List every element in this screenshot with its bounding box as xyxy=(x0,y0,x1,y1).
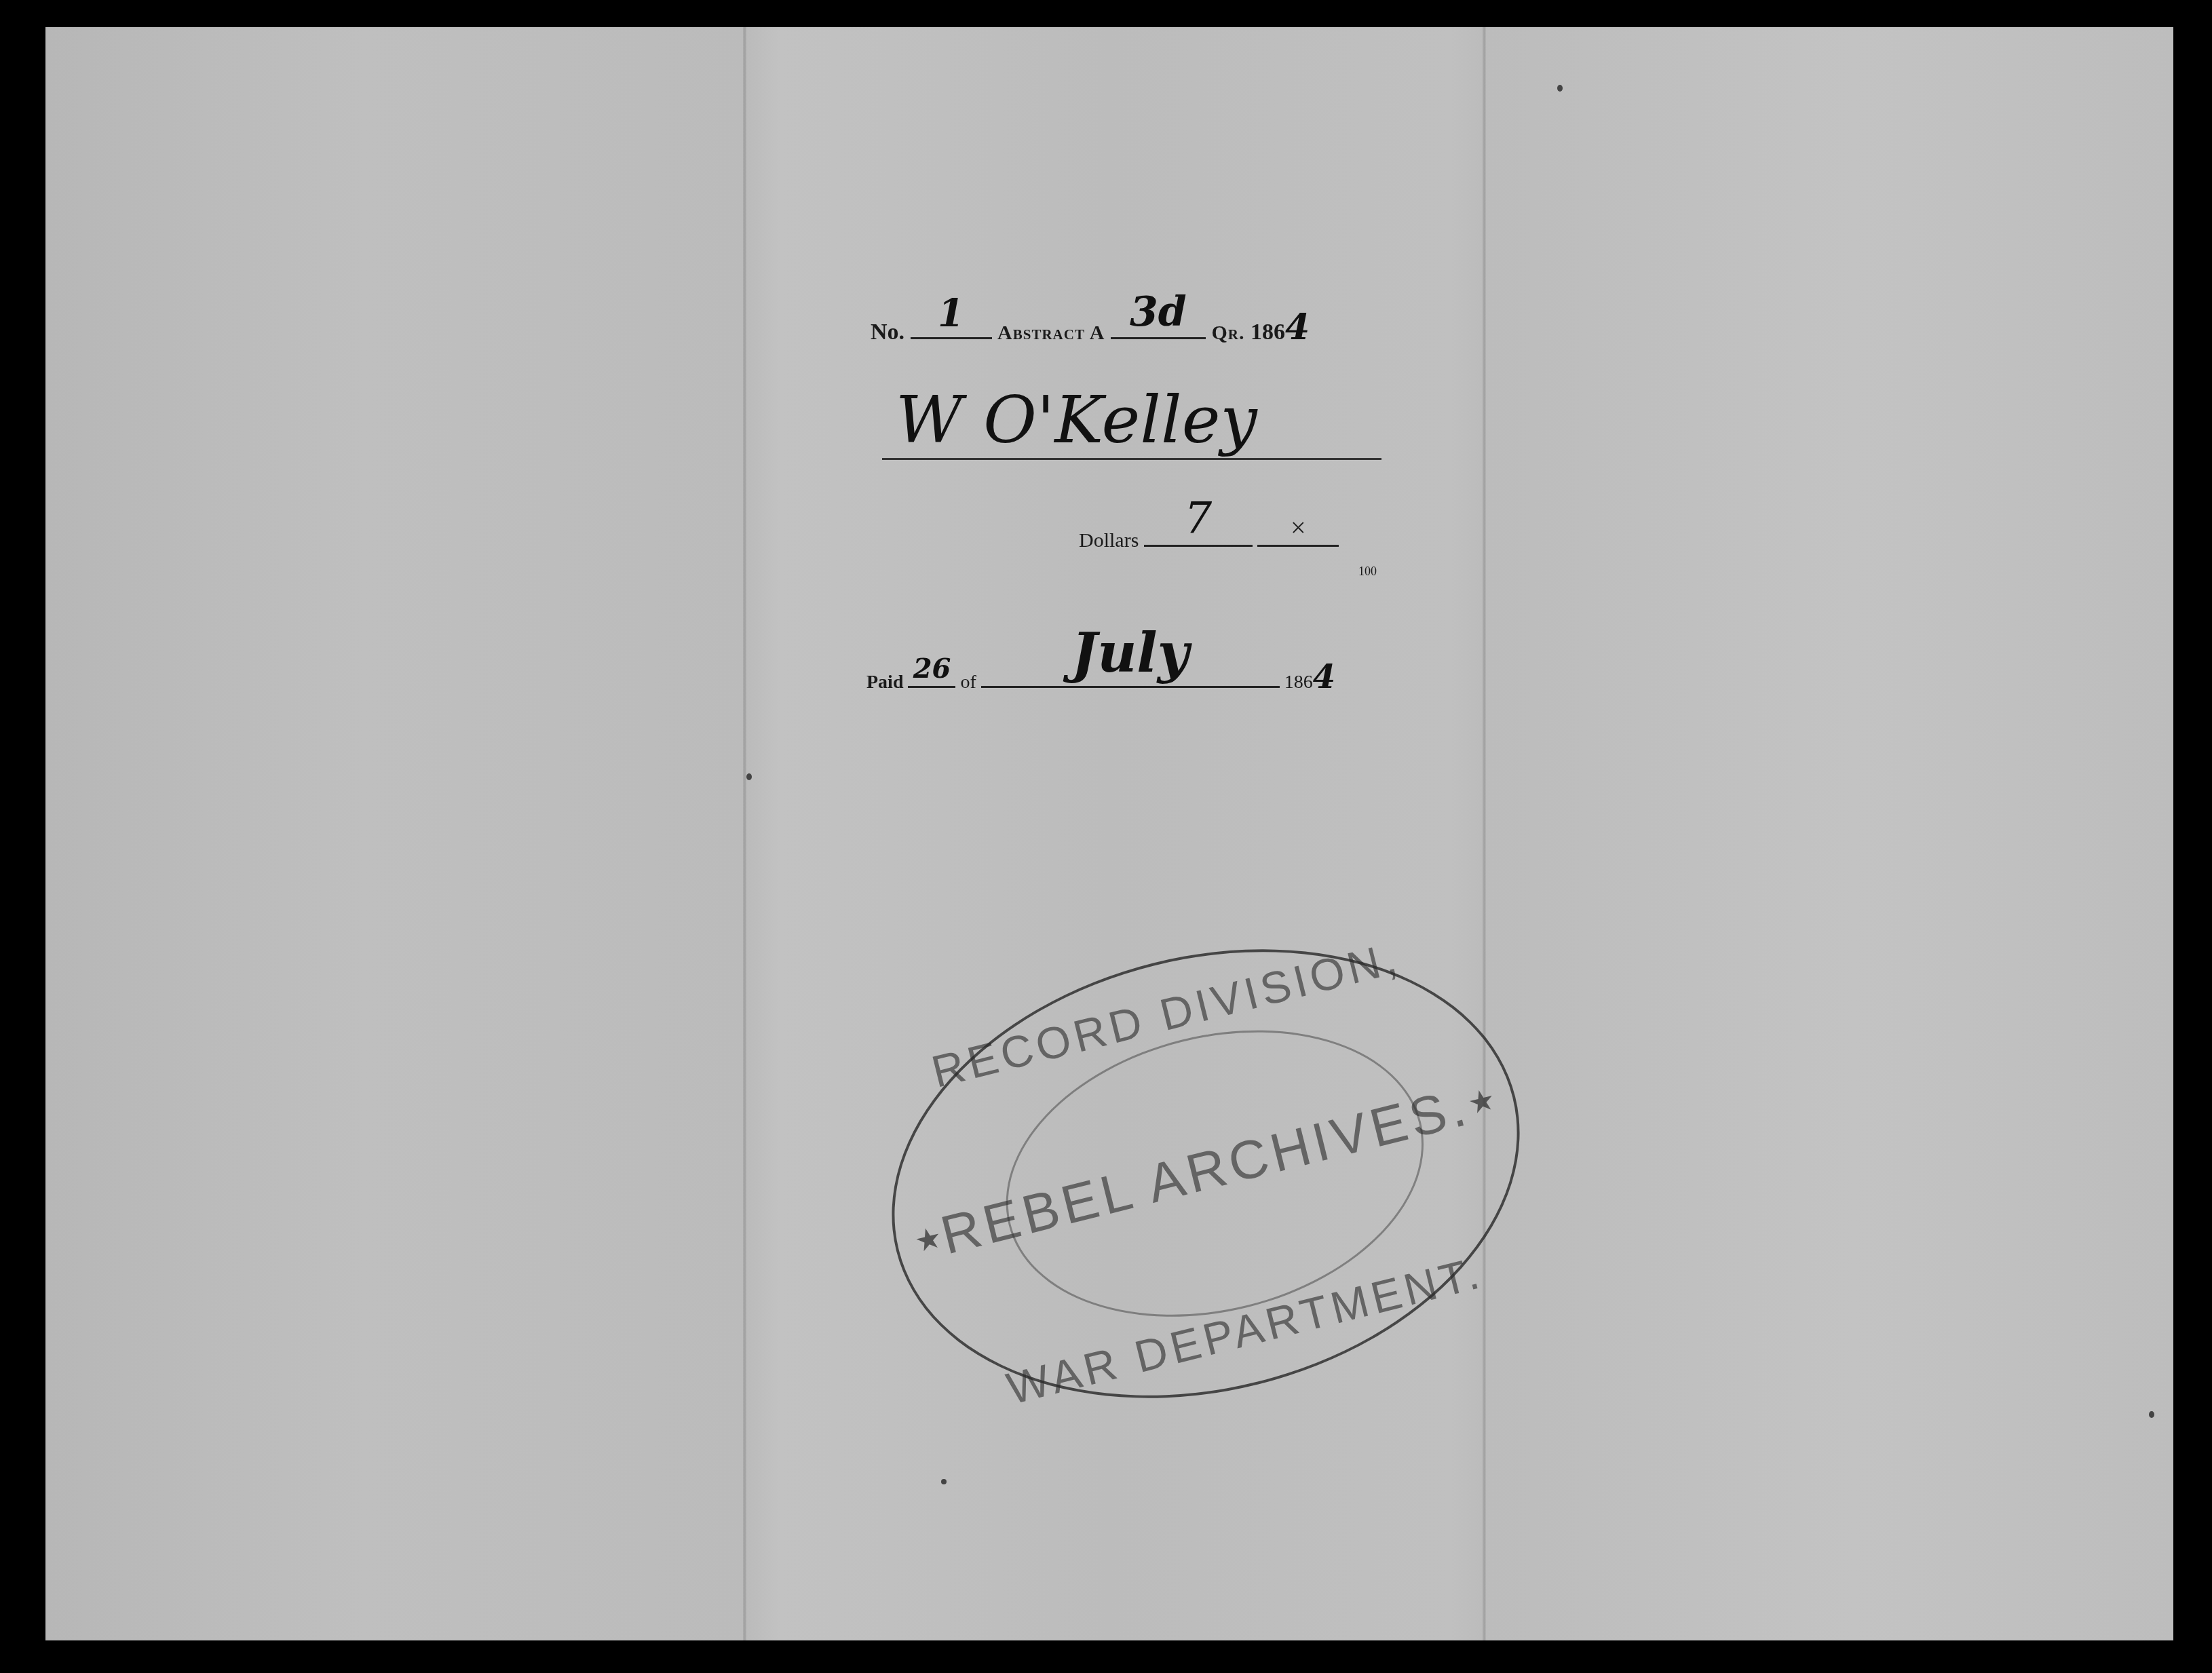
cents-field: × xyxy=(1257,545,1339,547)
fold-line-right xyxy=(1483,27,1487,1640)
amount-row: Dollars 7 × 100 xyxy=(1079,529,1339,552)
abstract-label: Abstract A xyxy=(997,322,1105,344)
cents-value: × xyxy=(1257,512,1339,543)
quarter-value: 3d xyxy=(1111,288,1206,336)
quarter-field: 3d xyxy=(1111,337,1206,339)
abstract-header: No. 1 Abstract A 3d Qr. 1864 xyxy=(871,307,1310,348)
archive-stamp: RECORD DIVISION, REBEL ARCHIVES. WAR DEP… xyxy=(844,886,1568,1461)
fold-line-left xyxy=(743,27,747,1640)
month-value: July xyxy=(981,621,1280,685)
paid-year-value: 4 xyxy=(1313,658,1335,696)
year-value: 4 xyxy=(1285,307,1310,348)
of-label: of xyxy=(960,672,976,693)
year-prefix: 186 xyxy=(1251,320,1285,345)
payee-name: W O'Kelley xyxy=(896,382,1257,458)
cents-denominator: 100 xyxy=(1358,564,1377,579)
speck xyxy=(1557,85,1563,92)
speck xyxy=(2149,1411,2154,1418)
speck xyxy=(746,773,752,780)
day-field: 26 xyxy=(908,686,955,688)
speck xyxy=(941,1479,947,1484)
no-label: No. xyxy=(871,320,904,345)
paid-row: Paid 26 of July 1864 xyxy=(866,658,1335,696)
document-paper: No. 1 Abstract A 3d Qr. 1864 W O'Kelley … xyxy=(45,27,2173,1640)
dollars-field: 7 xyxy=(1144,545,1253,547)
payee-line: W O'Kelley xyxy=(882,397,1381,460)
no-value: 1 xyxy=(911,291,992,336)
quarter-label: Qr. xyxy=(1211,322,1244,344)
day-value: 26 xyxy=(908,653,955,685)
paid-year-prefix: 186 xyxy=(1284,672,1313,693)
no-field: 1 xyxy=(911,337,992,339)
dollars-label: Dollars xyxy=(1079,529,1139,552)
month-field: July xyxy=(981,686,1280,688)
paid-label: Paid xyxy=(866,672,903,693)
dollars-value: 7 xyxy=(1144,493,1253,543)
